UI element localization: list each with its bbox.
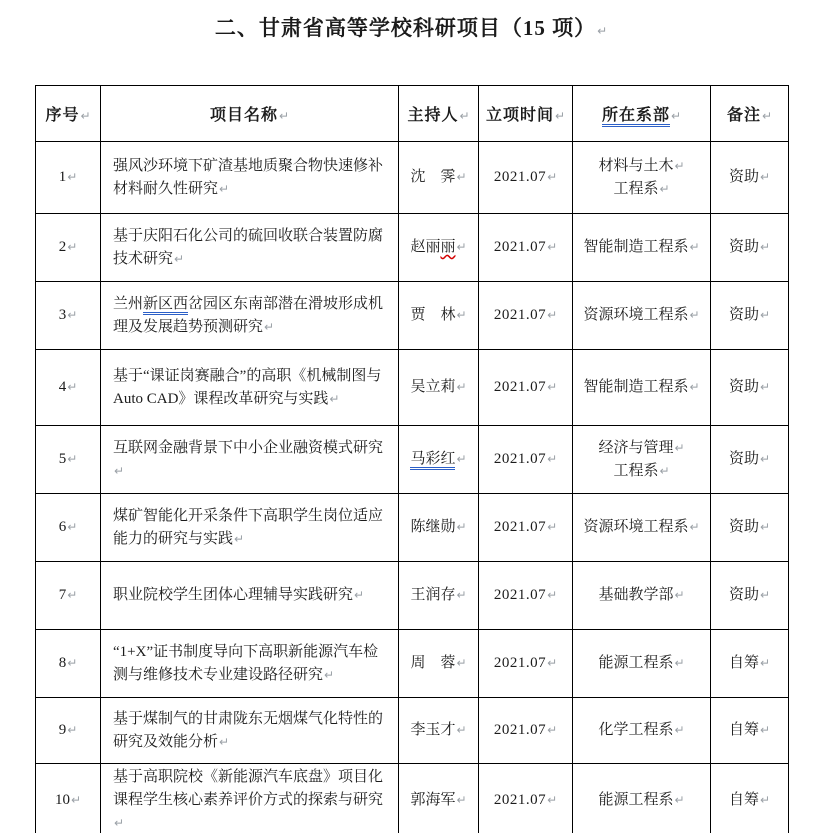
paragraph-mark: ↵ bbox=[673, 441, 684, 455]
paragraph-mark: ↵ bbox=[673, 793, 684, 807]
paragraph-mark: ↵ bbox=[66, 520, 77, 534]
cell-leader: 陈继勋↵ bbox=[399, 494, 479, 562]
header-cell-date: 立项时间↵ bbox=[479, 86, 573, 142]
paragraph-mark: ↵ bbox=[759, 588, 770, 602]
paragraph-mark: ↵ bbox=[455, 380, 466, 394]
cell-note: 资助↵ bbox=[711, 426, 789, 494]
paragraph-mark: ↵ bbox=[455, 452, 466, 466]
department-line: 经济与管理 bbox=[598, 440, 673, 456]
cell-project-name: 基于煤制气的甘肃陇东无烟煤气化特性的研究及效能分析↵ bbox=[101, 698, 399, 764]
table-row: 4↵基于“课证岗赛融合”的高职《机械制图与 Auto CAD》课程改革研究与实践… bbox=[36, 350, 789, 426]
document-page: 二、甘肃省高等学校科研项目（15 项）↵ 序号↵项目名称↵主持人↵立项时间↵所在… bbox=[0, 0, 822, 833]
paragraph-mark: ↵ bbox=[546, 520, 557, 534]
text-segment: 基于庆阳石化公司的硫回收联合装置防腐技术研究 bbox=[113, 228, 383, 267]
cell-approval-date: 2021.07↵ bbox=[479, 494, 573, 562]
cell-approval-date: 2021.07↵ bbox=[479, 630, 573, 698]
table-row: 6↵煤矿智能化开采条件下高职学生岗位适应能力的研究与实践↵陈继勋↵2021.07… bbox=[36, 494, 789, 562]
paragraph-mark: ↵ bbox=[673, 656, 684, 670]
table-row: 10↵基于高职院校《新能源汽车底盘》项目化课程学生核心素养评价方式的探索与研究↵… bbox=[36, 764, 789, 833]
paragraph-mark: ↵ bbox=[673, 588, 684, 602]
cell-note: 资助↵ bbox=[711, 282, 789, 350]
cell-project-name: 煤矿智能化开采条件下高职学生岗位适应能力的研究与实践↵ bbox=[101, 494, 399, 562]
paragraph-mark: ↵ bbox=[759, 308, 770, 322]
cell-department: 能源工程系↵ bbox=[573, 764, 711, 833]
cell-leader: 李玉才↵ bbox=[399, 698, 479, 764]
paragraph-mark: ↵ bbox=[66, 170, 77, 184]
paragraph-mark: ↵ bbox=[263, 320, 274, 334]
text-segment: 基于高职院校《新能源汽车底盘》项目化课程学生核心素养评价方式的探索与研究 bbox=[113, 769, 383, 808]
paragraph-mark: ↵ bbox=[759, 380, 770, 394]
header-label-note: 备注 bbox=[727, 107, 761, 124]
table-row: 9↵基于煤制气的甘肃陇东无烟煤气化特性的研究及效能分析↵李玉才↵2021.07↵… bbox=[36, 698, 789, 764]
text-segment: 陈继勋 bbox=[410, 519, 455, 535]
paragraph-mark: ↵ bbox=[554, 109, 565, 123]
paragraph-mark: ↵ bbox=[759, 656, 770, 670]
table-row: 7↵职业院校学生团体心理辅导实践研究↵王润存↵2021.07↵基础教学部↵资助↵ bbox=[36, 562, 789, 630]
department-line: 化学工程系 bbox=[598, 722, 673, 738]
cell-approval-date: 2021.07↵ bbox=[479, 142, 573, 214]
paragraph-mark: ↵ bbox=[455, 656, 466, 670]
department-line: 工程系 bbox=[613, 463, 658, 479]
paragraph-mark: ↵ bbox=[218, 182, 229, 196]
paragraph-mark: ↵ bbox=[455, 520, 466, 534]
text-segment-red-wavy: 丽 bbox=[440, 239, 455, 255]
department-line: 智能制造工程系 bbox=[583, 239, 688, 255]
cell-no: 1↵ bbox=[36, 142, 101, 214]
cell-project-name: 兰州新区西岔园区东南部潜在滑坡形成机理及发展趋势预测研究↵ bbox=[101, 282, 399, 350]
text-segment: 互联网金融背景下中小企业融资模式研究 bbox=[113, 440, 383, 456]
text-segment-blue-double: 马彩红 bbox=[410, 451, 455, 470]
paragraph-mark: ↵ bbox=[658, 464, 669, 478]
paragraph-mark: ↵ bbox=[353, 588, 364, 602]
cell-leader: 沈 霁↵ bbox=[399, 142, 479, 214]
cell-leader: 贾 林↵ bbox=[399, 282, 479, 350]
cell-no: 3↵ bbox=[36, 282, 101, 350]
paragraph-mark: ↵ bbox=[673, 159, 684, 173]
department-line: 材料与土木 bbox=[598, 158, 673, 174]
cell-department: 基础教学部↵ bbox=[573, 562, 711, 630]
text-segment: 李玉才 bbox=[410, 722, 455, 738]
paragraph-mark: ↵ bbox=[546, 170, 557, 184]
paragraph-mark: ↵ bbox=[759, 520, 770, 534]
department-line: 资源环境工程系 bbox=[583, 519, 688, 535]
text-segment: 周 蓉 bbox=[410, 655, 455, 671]
paragraph-mark: ↵ bbox=[546, 656, 557, 670]
cell-note: 资助↵ bbox=[711, 494, 789, 562]
paragraph-mark: ↵ bbox=[173, 252, 184, 266]
paragraph-mark: ↵ bbox=[759, 723, 770, 737]
paragraph-mark: ↵ bbox=[323, 668, 334, 682]
paragraph-mark: ↵ bbox=[458, 109, 469, 123]
paragraph-mark: ↵ bbox=[546, 723, 557, 737]
text-segment: 吴立莉 bbox=[410, 379, 455, 395]
text-segment: 兰州 bbox=[113, 296, 143, 312]
cell-leader: 吴立莉↵ bbox=[399, 350, 479, 426]
page-title: 二、甘肃省高等学校科研项目（15 项）↵ bbox=[0, 12, 822, 42]
cell-no: 9↵ bbox=[36, 698, 101, 764]
cell-leader: 王润存↵ bbox=[399, 562, 479, 630]
paragraph-mark: ↵ bbox=[546, 588, 557, 602]
table-row: 8↵“1+X”证书制度导向下高职新能源汽车检测与维修技术专业建设路径研究↵周 蓉… bbox=[36, 630, 789, 698]
cell-department: 经济与管理↵工程系↵ bbox=[573, 426, 711, 494]
paragraph-mark: ↵ bbox=[759, 170, 770, 184]
paragraph-mark: ↵ bbox=[455, 170, 466, 184]
cell-approval-date: 2021.07↵ bbox=[479, 214, 573, 282]
table-header-row: 序号↵项目名称↵主持人↵立项时间↵所在系部↵备注↵ bbox=[36, 86, 789, 142]
cell-approval-date: 2021.07↵ bbox=[479, 562, 573, 630]
cell-no: 5↵ bbox=[36, 426, 101, 494]
cell-no: 6↵ bbox=[36, 494, 101, 562]
text-segment: 基于“课证岗赛融合”的高职《机械制图与 Auto CAD》课程改革研究与实践 bbox=[113, 368, 381, 407]
paragraph-mark: ↵ bbox=[670, 109, 681, 123]
cell-leader: 马彩红↵ bbox=[399, 426, 479, 494]
cell-note: 资助↵ bbox=[711, 350, 789, 426]
cell-no: 8↵ bbox=[36, 630, 101, 698]
paragraph-mark: ↵ bbox=[66, 723, 77, 737]
cell-approval-date: 2021.07↵ bbox=[479, 698, 573, 764]
header-cell-name: 项目名称↵ bbox=[101, 86, 399, 142]
header-cell-note: 备注↵ bbox=[711, 86, 789, 142]
paragraph-mark: ↵ bbox=[233, 532, 244, 546]
paragraph-mark: ↵ bbox=[66, 588, 77, 602]
text-segment: “1+X”证书制度导向下高职新能源汽车检测与维修技术专业建设路径研究 bbox=[113, 644, 378, 683]
paragraph-mark: ↵ bbox=[658, 182, 669, 196]
text-segment: 郭海军 bbox=[410, 792, 455, 808]
paragraph-mark: ↵ bbox=[455, 588, 466, 602]
header-label-host: 主持人 bbox=[407, 107, 458, 124]
paragraph-mark: ↵ bbox=[688, 380, 699, 394]
cell-project-name: 基于庆阳石化公司的硫回收联合装置防腐技术研究↵ bbox=[101, 214, 399, 282]
cell-note: 资助↵ bbox=[711, 142, 789, 214]
text-segment: 煤矿智能化开采条件下高职学生岗位适应能力的研究与实践 bbox=[113, 508, 383, 547]
header-label-no: 序号 bbox=[45, 107, 79, 124]
cell-department: 资源环境工程系↵ bbox=[573, 494, 711, 562]
paragraph-mark: ↵ bbox=[546, 308, 557, 322]
department-line: 能源工程系 bbox=[598, 792, 673, 808]
cell-note: 自筹↵ bbox=[711, 630, 789, 698]
cell-department: 化学工程系↵ bbox=[573, 698, 711, 764]
cell-approval-date: 2021.07↵ bbox=[479, 764, 573, 833]
text-segment-blue-double: 新区西 bbox=[143, 296, 188, 315]
paragraph-mark: ↵ bbox=[546, 452, 557, 466]
cell-project-name: “1+X”证书制度导向下高职新能源汽车检测与维修技术专业建设路径研究↵ bbox=[101, 630, 399, 698]
department-line: 工程系 bbox=[613, 181, 658, 197]
cell-approval-date: 2021.07↵ bbox=[479, 350, 573, 426]
cell-project-name: 基于高职院校《新能源汽车底盘》项目化课程学生核心素养评价方式的探索与研究↵ bbox=[101, 764, 399, 833]
header-cell-no: 序号↵ bbox=[36, 86, 101, 142]
cell-leader: 郭海军↵ bbox=[399, 764, 479, 833]
text-segment: 职业院校学生团体心理辅导实践研究 bbox=[113, 587, 353, 603]
paragraph-mark: ↵ bbox=[278, 109, 289, 123]
paragraph-mark: ↵ bbox=[759, 240, 770, 254]
paragraph-mark: ↵ bbox=[66, 380, 77, 394]
cell-project-name: 强风沙环境下矿渣基地质聚合物快速修补材料耐久性研究↵ bbox=[101, 142, 399, 214]
cell-leader: 周 蓉↵ bbox=[399, 630, 479, 698]
cell-project-name: 互联网金融背景下中小企业融资模式研究↵ bbox=[101, 426, 399, 494]
paragraph-mark: ↵ bbox=[455, 308, 466, 322]
paragraph-mark: ↵ bbox=[546, 793, 557, 807]
paragraph-mark: ↵ bbox=[596, 24, 607, 38]
table-row: 1↵强风沙环境下矿渣基地质聚合物快速修补材料耐久性研究↵沈 霁↵2021.07↵… bbox=[36, 142, 789, 214]
text-segment: 基于煤制气的甘肃陇东无烟煤气化特性的研究及效能分析 bbox=[113, 711, 383, 750]
paragraph-mark: ↵ bbox=[759, 793, 770, 807]
paragraph-mark: ↵ bbox=[546, 380, 557, 394]
cell-department: 材料与土木↵工程系↵ bbox=[573, 142, 711, 214]
table-row: 5↵互联网金融背景下中小企业融资模式研究↵马彩红↵2021.07↵经济与管理↵工… bbox=[36, 426, 789, 494]
paragraph-mark: ↵ bbox=[79, 109, 90, 123]
department-line: 资源环境工程系 bbox=[583, 307, 688, 323]
department-line: 智能制造工程系 bbox=[583, 379, 688, 395]
cell-no: 4↵ bbox=[36, 350, 101, 426]
cell-department: 智能制造工程系↵ bbox=[573, 350, 711, 426]
cell-note: 自筹↵ bbox=[711, 698, 789, 764]
cell-no: 7↵ bbox=[36, 562, 101, 630]
paragraph-mark: ↵ bbox=[455, 240, 466, 254]
text-segment: 王润存 bbox=[410, 587, 455, 603]
projects-table: 序号↵项目名称↵主持人↵立项时间↵所在系部↵备注↵ 1↵强风沙环境下矿渣基地质聚… bbox=[35, 85, 789, 833]
paragraph-mark: ↵ bbox=[113, 816, 124, 830]
table-row: 2↵基于庆阳石化公司的硫回收联合装置防腐技术研究↵赵丽丽↵2021.07↵智能制… bbox=[36, 214, 789, 282]
department-line: 基础教学部 bbox=[598, 587, 673, 603]
paragraph-mark: ↵ bbox=[673, 723, 684, 737]
department-line: 能源工程系 bbox=[598, 655, 673, 671]
cell-note: 资助↵ bbox=[711, 214, 789, 282]
header-label-date: 立项时间 bbox=[486, 107, 554, 124]
text-segment: 赵丽 bbox=[410, 239, 440, 255]
cell-no: 10↵ bbox=[36, 764, 101, 833]
paragraph-mark: ↵ bbox=[455, 793, 466, 807]
header-cell-host: 主持人↵ bbox=[399, 86, 479, 142]
paragraph-mark: ↵ bbox=[66, 240, 77, 254]
cell-note: 资助↵ bbox=[711, 562, 789, 630]
paragraph-mark: ↵ bbox=[761, 109, 772, 123]
paragraph-mark: ↵ bbox=[759, 452, 770, 466]
paragraph-mark: ↵ bbox=[328, 392, 339, 406]
paragraph-mark: ↵ bbox=[70, 793, 81, 807]
paragraph-mark: ↵ bbox=[688, 520, 699, 534]
header-label-dept: 所在系部 bbox=[602, 107, 670, 127]
paragraph-mark: ↵ bbox=[113, 464, 124, 478]
cell-project-name: 基于“课证岗赛融合”的高职《机械制图与 Auto CAD》课程改革研究与实践↵ bbox=[101, 350, 399, 426]
paragraph-mark: ↵ bbox=[218, 735, 229, 749]
paragraph-mark: ↵ bbox=[66, 452, 77, 466]
cell-project-name: 职业院校学生团体心理辅导实践研究↵ bbox=[101, 562, 399, 630]
cell-department: 智能制造工程系↵ bbox=[573, 214, 711, 282]
header-label-name: 项目名称 bbox=[210, 107, 278, 124]
cell-department: 资源环境工程系↵ bbox=[573, 282, 711, 350]
table-row: 3↵兰州新区西岔园区东南部潜在滑坡形成机理及发展趋势预测研究↵贾 林↵2021.… bbox=[36, 282, 789, 350]
header-cell-dept: 所在系部↵ bbox=[573, 86, 711, 142]
cell-approval-date: 2021.07↵ bbox=[479, 282, 573, 350]
paragraph-mark: ↵ bbox=[688, 240, 699, 254]
cell-department: 能源工程系↵ bbox=[573, 630, 711, 698]
cell-leader: 赵丽丽↵ bbox=[399, 214, 479, 282]
cell-approval-date: 2021.07↵ bbox=[479, 426, 573, 494]
text-segment: 贾 林 bbox=[410, 307, 455, 323]
paragraph-mark: ↵ bbox=[546, 240, 557, 254]
text-segment: 强风沙环境下矿渣基地质聚合物快速修补材料耐久性研究 bbox=[113, 158, 383, 197]
paragraph-mark: ↵ bbox=[455, 723, 466, 737]
text-segment: 沈 霁 bbox=[410, 169, 455, 185]
cell-no: 2↵ bbox=[36, 214, 101, 282]
cell-note: 自筹↵ bbox=[711, 764, 789, 833]
paragraph-mark: ↵ bbox=[66, 308, 77, 322]
page-title-text: 二、甘肃省高等学校科研项目（15 项） bbox=[215, 16, 596, 40]
paragraph-mark: ↵ bbox=[66, 656, 77, 670]
paragraph-mark: ↵ bbox=[688, 308, 699, 322]
